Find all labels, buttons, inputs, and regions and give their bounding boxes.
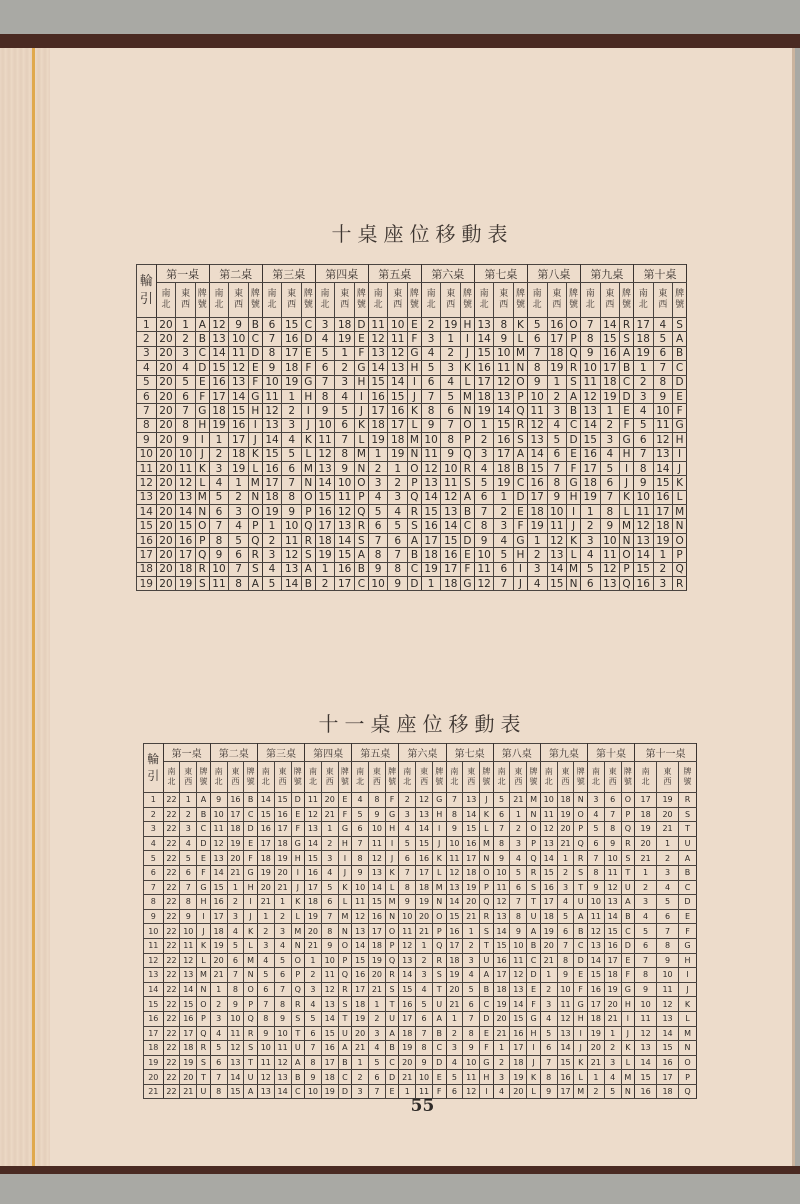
board-number-cell: Q — [248, 533, 262, 547]
north-south-cell: 17 — [305, 880, 322, 895]
north-south-header: 南北 — [163, 762, 180, 793]
board-number-cell: S — [514, 433, 528, 447]
board-number-cell: I — [673, 447, 687, 461]
east-west-header: 東西 — [441, 283, 461, 318]
board-number-cell: F — [408, 332, 422, 346]
table-row: 102210J184K23M208N1317O1121P161S149A196B… — [144, 924, 697, 939]
north-south-cell: 6 — [580, 577, 600, 591]
board-number-cell: O — [248, 505, 262, 519]
board-number-cell: P — [291, 968, 305, 983]
board-number-cell: U — [679, 836, 697, 851]
east-west-cell: 15 — [176, 519, 196, 533]
north-south-cell: 7 — [315, 375, 335, 389]
east-west-cell: 13 — [547, 548, 567, 562]
north-south-cell: 3 — [580, 533, 600, 547]
board-number-cell: Q — [620, 577, 634, 591]
north-south-cell: 19 — [421, 562, 441, 576]
north-south-header: 南北 — [368, 283, 388, 318]
north-south-cell: 22 — [163, 1026, 180, 1041]
board-number-cell: G — [679, 938, 697, 953]
round-cell: 10 — [144, 924, 164, 939]
east-west-cell: 15 — [335, 548, 355, 562]
east-west-cell: 14 — [547, 562, 567, 576]
ten-table-seating-movement-table: 輪引第一桌第二桌第三桌第四桌第五桌第六桌第七桌第八桌第九桌第十桌南北東西牌號南北… — [136, 264, 687, 591]
east-west-cell: 15 — [369, 895, 386, 910]
east-west-cell: 19 — [229, 461, 249, 475]
board-number-cell: D — [432, 1055, 446, 1070]
east-west-cell: 8 — [416, 1041, 433, 1056]
east-west-cell: 1 — [369, 997, 386, 1012]
north-south-cell: 18 — [493, 982, 510, 997]
east-west-cell: 19 — [494, 476, 514, 490]
east-west-cell: 3 — [510, 836, 527, 851]
table-row: 192019S118A514B217C109D118G127J415N613Q1… — [137, 577, 687, 591]
north-south-cell: 19 — [580, 490, 600, 504]
east-west-cell: 6 — [282, 461, 302, 475]
board-number-cell: A — [673, 332, 687, 346]
board-number-cell: B — [355, 562, 369, 576]
board-number-cell: O — [461, 418, 475, 432]
north-south-cell: 10 — [399, 909, 416, 924]
north-south-cell: 20 — [156, 505, 176, 519]
north-south-cell: 13 — [421, 476, 441, 490]
north-south-cell: 14 — [315, 476, 335, 490]
east-west-cell: 18 — [274, 836, 291, 851]
east-west-cell: 5 — [388, 519, 408, 533]
east-west-cell: 15 — [416, 836, 433, 851]
east-west-cell: 3 — [494, 519, 514, 533]
east-west-cell: 16 — [657, 1055, 679, 1070]
board-number-cell: J — [385, 851, 399, 866]
board-number-cell: E — [574, 968, 588, 983]
north-south-cell: 2 — [305, 968, 322, 983]
north-south-cell: 4 — [368, 490, 388, 504]
north-south-cell: 15 — [352, 953, 369, 968]
board-number-cell: H — [291, 851, 305, 866]
board-number-cell: F — [301, 361, 315, 375]
east-west-cell: 9 — [657, 953, 679, 968]
board-number-cell: L — [408, 418, 422, 432]
north-south-cell: 11 — [399, 924, 416, 939]
east-west-cell: 19 — [547, 361, 567, 375]
north-south-cell: 3 — [210, 1011, 227, 1026]
board-number-cell: D — [679, 895, 697, 910]
north-south-cell: 19 — [474, 404, 494, 418]
east-west-cell: 15 — [653, 476, 673, 490]
board-number-cell: H — [432, 807, 446, 822]
east-west-cell: 20 — [227, 851, 244, 866]
board-number-cell: S — [574, 865, 588, 880]
board-number-cell: K — [385, 865, 399, 880]
north-south-cell: 2 — [315, 577, 335, 591]
board-number-cell: J — [195, 447, 209, 461]
north-south-cell: 20 — [305, 924, 322, 939]
east-west-cell: 8 — [388, 562, 408, 576]
board-number-cell: H — [301, 389, 315, 403]
north-south-cell: 9 — [527, 375, 547, 389]
board-number-cell: F — [621, 968, 635, 983]
north-south-cell: 17 — [399, 1011, 416, 1026]
east-west-cell: 2 — [547, 389, 567, 403]
north-south-cell: 14 — [587, 953, 604, 968]
board-number-cell: M — [673, 505, 687, 519]
east-west-cell: 7 — [547, 461, 567, 475]
north-south-cell: 18 — [352, 997, 369, 1012]
board-number-cell: K — [567, 533, 581, 547]
east-west-cell: 14 — [441, 519, 461, 533]
board-number-cell: P — [461, 433, 475, 447]
board-number-cell: P — [514, 389, 528, 403]
north-south-cell: 10 — [421, 433, 441, 447]
board-number-cell: B — [620, 361, 634, 375]
east-west-cell: 14 — [463, 807, 480, 822]
north-south-cell: 14 — [352, 938, 369, 953]
north-south-cell: 15 — [399, 982, 416, 997]
east-west-cell: 6 — [600, 476, 620, 490]
board-number-cell: L — [673, 490, 687, 504]
north-south-cell: 15 — [421, 505, 441, 519]
north-south-header: 南北 — [156, 283, 176, 318]
table-group-header: 第四桌 — [315, 265, 368, 283]
board-number-cell: Q — [673, 562, 687, 576]
board-number-cell: R — [244, 1026, 258, 1041]
north-south-cell: 15 — [210, 880, 227, 895]
east-west-cell: 19 — [416, 895, 433, 910]
board-number-cell: P — [355, 490, 369, 504]
board-number-header: 牌號 — [248, 283, 262, 318]
board-number-cell: K — [248, 447, 262, 461]
table-row: 9209I117J144K117L1918M108P216S135D153G61… — [137, 433, 687, 447]
round-cell: 18 — [137, 562, 157, 576]
east-west-header: 東西 — [653, 283, 673, 318]
north-south-cell: 4 — [474, 461, 494, 475]
east-west-cell: 8 — [274, 997, 291, 1012]
east-west-cell: 21 — [557, 836, 574, 851]
board-number-cell: E — [244, 836, 258, 851]
east-west-cell: 17 — [227, 807, 244, 822]
board-number-cell: A — [621, 895, 635, 910]
east-west-cell: 8 — [604, 822, 621, 837]
east-west-cell: 2 — [416, 953, 433, 968]
east-west-cell: 10 — [180, 924, 197, 939]
board-number-cell: L — [432, 865, 446, 880]
east-west-cell: 9 — [494, 332, 514, 346]
board-number-cell: F — [197, 865, 211, 880]
round-cell: 4 — [137, 361, 157, 375]
north-south-cell: 4 — [635, 909, 657, 924]
east-west-cell: 9 — [227, 997, 244, 1012]
round-cell: 8 — [144, 895, 164, 910]
board-number-cell: Q — [408, 490, 422, 504]
north-south-cell: 2 — [209, 447, 229, 461]
board-number-cell: E — [620, 404, 634, 418]
east-west-cell: 15 — [557, 1055, 574, 1070]
board-number-cell: B — [301, 577, 315, 591]
table-a-title: 十桌座位移動表 — [50, 218, 795, 247]
north-south-cell: 12 — [446, 865, 463, 880]
board-number-cell: S — [195, 577, 209, 591]
board-number-cell: C — [197, 822, 211, 837]
east-west-cell: 7 — [180, 880, 197, 895]
board-number-cell: Q — [567, 346, 581, 360]
east-west-cell: 16 — [229, 418, 249, 432]
board-number-cell: G — [432, 793, 446, 808]
board-number-cell: K — [673, 476, 687, 490]
east-west-cell: 5 — [441, 389, 461, 403]
north-south-cell: 19 — [262, 505, 282, 519]
north-south-header: 南北 — [315, 283, 335, 318]
east-west-cell: 3 — [416, 968, 433, 983]
north-south-cell: 16 — [315, 505, 335, 519]
table-group-header: 第三桌 — [257, 744, 304, 762]
north-south-cell: 15 — [493, 938, 510, 953]
east-west-cell: 12 — [229, 361, 249, 375]
board-number-cell: G — [385, 807, 399, 822]
north-south-cell: 5 — [315, 346, 335, 360]
east-west-cell: 17 — [388, 418, 408, 432]
board-number-cell: M — [301, 461, 315, 475]
north-south-cell: 21 — [587, 1055, 604, 1070]
board-number-header: 牌號 — [673, 283, 687, 318]
east-west-cell: 5 — [557, 909, 574, 924]
board-number-cell: B — [195, 332, 209, 346]
board-number-cell: B — [673, 346, 687, 360]
board-number-cell: I — [197, 909, 211, 924]
east-west-cell: 17 — [547, 332, 567, 346]
table-row: 8228H162I211K186L1115M919N1420Q127T174U1… — [144, 895, 697, 910]
east-west-cell: 3 — [274, 924, 291, 939]
east-west-cell: 7 — [494, 577, 514, 591]
north-south-cell: 21 — [352, 1041, 369, 1056]
board-number-cell: O — [432, 909, 446, 924]
north-south-cell: 11 — [421, 447, 441, 461]
round-cell: 14 — [137, 505, 157, 519]
east-west-cell: 19 — [180, 1055, 197, 1070]
table-group-header: 第五桌 — [352, 744, 399, 762]
east-west-cell: 21 — [416, 924, 433, 939]
north-south-cell: 6 — [527, 332, 547, 346]
north-south-cell: 11 — [210, 822, 227, 837]
board-number-cell: G — [621, 982, 635, 997]
board-number-cell: O — [408, 461, 422, 475]
book-cover-top-edge — [0, 34, 800, 48]
board-number-header: 牌號 — [480, 762, 494, 793]
board-number-cell: N — [338, 924, 352, 939]
round-cell: 9 — [137, 433, 157, 447]
board-number-cell: B — [461, 505, 475, 519]
east-west-header: 東西 — [369, 762, 386, 793]
east-west-cell: 19 — [653, 533, 673, 547]
north-south-cell: 11 — [474, 562, 494, 576]
board-number-cell: O — [195, 519, 209, 533]
round-cell: 5 — [144, 851, 164, 866]
north-south-cell: 10 — [493, 865, 510, 880]
board-number-cell: A — [195, 318, 209, 332]
north-south-cell: 10 — [315, 418, 335, 432]
north-south-cell: 20 — [156, 389, 176, 403]
east-west-cell: 8 — [557, 953, 574, 968]
round-header: 輪引 — [144, 744, 164, 793]
north-south-cell: 3 — [540, 997, 557, 1012]
east-west-cell: 10 — [227, 1011, 244, 1026]
north-south-cell: 19 — [633, 346, 653, 360]
north-south-cell: 20 — [156, 318, 176, 332]
north-south-cell: 4 — [540, 1011, 557, 1026]
east-west-cell: 20 — [274, 865, 291, 880]
east-west-cell: 19 — [604, 982, 621, 997]
east-west-cell: 8 — [180, 895, 197, 910]
north-south-cell: 6 — [368, 519, 388, 533]
east-west-cell: 3 — [604, 1055, 621, 1070]
board-number-cell: M — [567, 562, 581, 576]
east-west-cell: 3 — [463, 953, 480, 968]
board-number-header: 牌號 — [355, 283, 369, 318]
north-south-cell: 16 — [257, 822, 274, 837]
north-south-cell: 4 — [633, 404, 653, 418]
board-number-cell: L — [574, 1070, 588, 1085]
board-number-cell: F — [461, 562, 475, 576]
north-south-cell: 18 — [527, 505, 547, 519]
north-south-cell: 2 — [352, 1070, 369, 1085]
east-west-cell: 11 — [653, 418, 673, 432]
board-number-cell: G — [527, 1011, 541, 1026]
east-west-cell: 9 — [547, 490, 567, 504]
board-number-cell: G — [355, 361, 369, 375]
north-south-cell: 2 — [446, 1026, 463, 1041]
north-south-cell: 22 — [163, 997, 180, 1012]
east-west-cell: 5 — [653, 332, 673, 346]
north-south-cell: 21 — [446, 997, 463, 1012]
east-west-cell: 19 — [657, 793, 679, 808]
board-number-cell: N — [432, 895, 446, 910]
board-number-cell: M — [480, 836, 494, 851]
east-west-cell: 3 — [227, 909, 244, 924]
board-number-cell: M — [385, 895, 399, 910]
east-west-cell: 10 — [441, 461, 461, 475]
board-number-cell: D — [244, 822, 258, 837]
table-group-header: 第四桌 — [305, 744, 352, 762]
board-number-cell: B — [338, 1055, 352, 1070]
east-west-header: 東西 — [229, 283, 249, 318]
east-west-cell: 8 — [463, 1026, 480, 1041]
east-west-cell: 8 — [657, 938, 679, 953]
north-south-cell: 20 — [156, 404, 176, 418]
board-number-cell: R — [385, 968, 399, 983]
north-south-cell: 2 — [368, 461, 388, 475]
east-west-cell: 6 — [441, 404, 461, 418]
north-south-cell: 22 — [163, 982, 180, 997]
east-west-cell: 17 — [510, 1041, 527, 1056]
board-number-cell: U — [291, 1041, 305, 1056]
board-number-cell: S — [679, 807, 697, 822]
north-south-cell: 4 — [305, 997, 322, 1012]
board-number-cell: N — [574, 793, 588, 808]
board-number-cell: J — [432, 836, 446, 851]
east-west-cell: 18 — [510, 1055, 527, 1070]
east-west-cell: 10 — [176, 447, 196, 461]
north-south-cell: 18 — [399, 1026, 416, 1041]
north-south-cell: 22 — [163, 895, 180, 910]
east-west-cell: 12 — [441, 490, 461, 504]
east-west-cell: 13 — [388, 361, 408, 375]
east-west-cell: 10 — [369, 822, 386, 837]
north-south-cell: 6 — [257, 982, 274, 997]
board-number-cell: I — [338, 851, 352, 866]
board-number-cell: K — [432, 851, 446, 866]
east-west-cell: 16 — [388, 404, 408, 418]
board-number-cell: O — [567, 318, 581, 332]
east-west-cell: 6 — [388, 533, 408, 547]
board-number-cell: I — [514, 562, 528, 576]
east-west-cell: 8 — [176, 418, 196, 432]
east-west-cell: 13 — [510, 982, 527, 997]
table-group-header: 第九桌 — [580, 265, 633, 283]
north-south-cell: 15 — [474, 346, 494, 360]
east-west-cell: 14 — [321, 1011, 338, 1026]
round-cell: 3 — [144, 822, 164, 837]
board-number-cell: E — [408, 318, 422, 332]
east-west-cell: 4 — [604, 1070, 621, 1085]
east-west-cell: 9 — [388, 577, 408, 591]
east-west-cell: 8 — [229, 577, 249, 591]
table-group-header: 第十桌 — [633, 265, 686, 283]
north-south-cell: 17 — [635, 793, 657, 808]
table-group-header: 第八桌 — [527, 265, 580, 283]
east-west-cell: 7 — [463, 1011, 480, 1026]
round-cell: 6 — [144, 865, 164, 880]
board-number-cell: A — [567, 389, 581, 403]
north-south-cell: 12 — [262, 404, 282, 418]
round-cell: 17 — [137, 548, 157, 562]
north-south-cell: 5 — [421, 361, 441, 375]
east-west-cell: 4 — [321, 865, 338, 880]
north-south-cell: 16 — [209, 375, 229, 389]
east-west-cell: 16 — [547, 318, 567, 332]
east-west-cell: 14 — [229, 389, 249, 403]
north-south-cell: 3 — [635, 895, 657, 910]
board-number-cell: R — [197, 1041, 211, 1056]
east-west-cell: 11 — [274, 1041, 291, 1056]
board-number-cell: J — [355, 404, 369, 418]
north-south-cell: 16 — [352, 968, 369, 983]
board-number-cell: G — [291, 836, 305, 851]
north-south-cell: 16 — [587, 982, 604, 997]
board-number-cell: I — [567, 505, 581, 519]
east-west-cell: 5 — [416, 997, 433, 1012]
north-south-cell: 17 — [580, 461, 600, 475]
board-number-cell: Q — [291, 982, 305, 997]
board-number-cell: F — [574, 982, 588, 997]
north-south-cell: 3 — [474, 447, 494, 461]
north-south-cell: 16 — [540, 880, 557, 895]
north-south-cell: 5 — [210, 1041, 227, 1056]
east-west-cell: 1 — [176, 318, 196, 332]
east-west-cell: 2 — [388, 476, 408, 490]
east-west-cell: 16 — [463, 836, 480, 851]
board-number-cell: R — [621, 836, 635, 851]
board-number-cell: L — [338, 895, 352, 910]
board-number-cell: B — [480, 982, 494, 997]
north-south-cell: 11 — [527, 404, 547, 418]
north-south-cell: 7 — [368, 533, 388, 547]
board-number-cell: A — [338, 1041, 352, 1056]
north-south-cell: 7 — [210, 1070, 227, 1085]
east-west-cell: 9 — [441, 447, 461, 461]
east-west-cell: 15 — [547, 577, 567, 591]
east-west-header: 東西 — [600, 283, 620, 318]
north-south-cell: 2 — [635, 880, 657, 895]
board-number-cell: R — [338, 982, 352, 997]
